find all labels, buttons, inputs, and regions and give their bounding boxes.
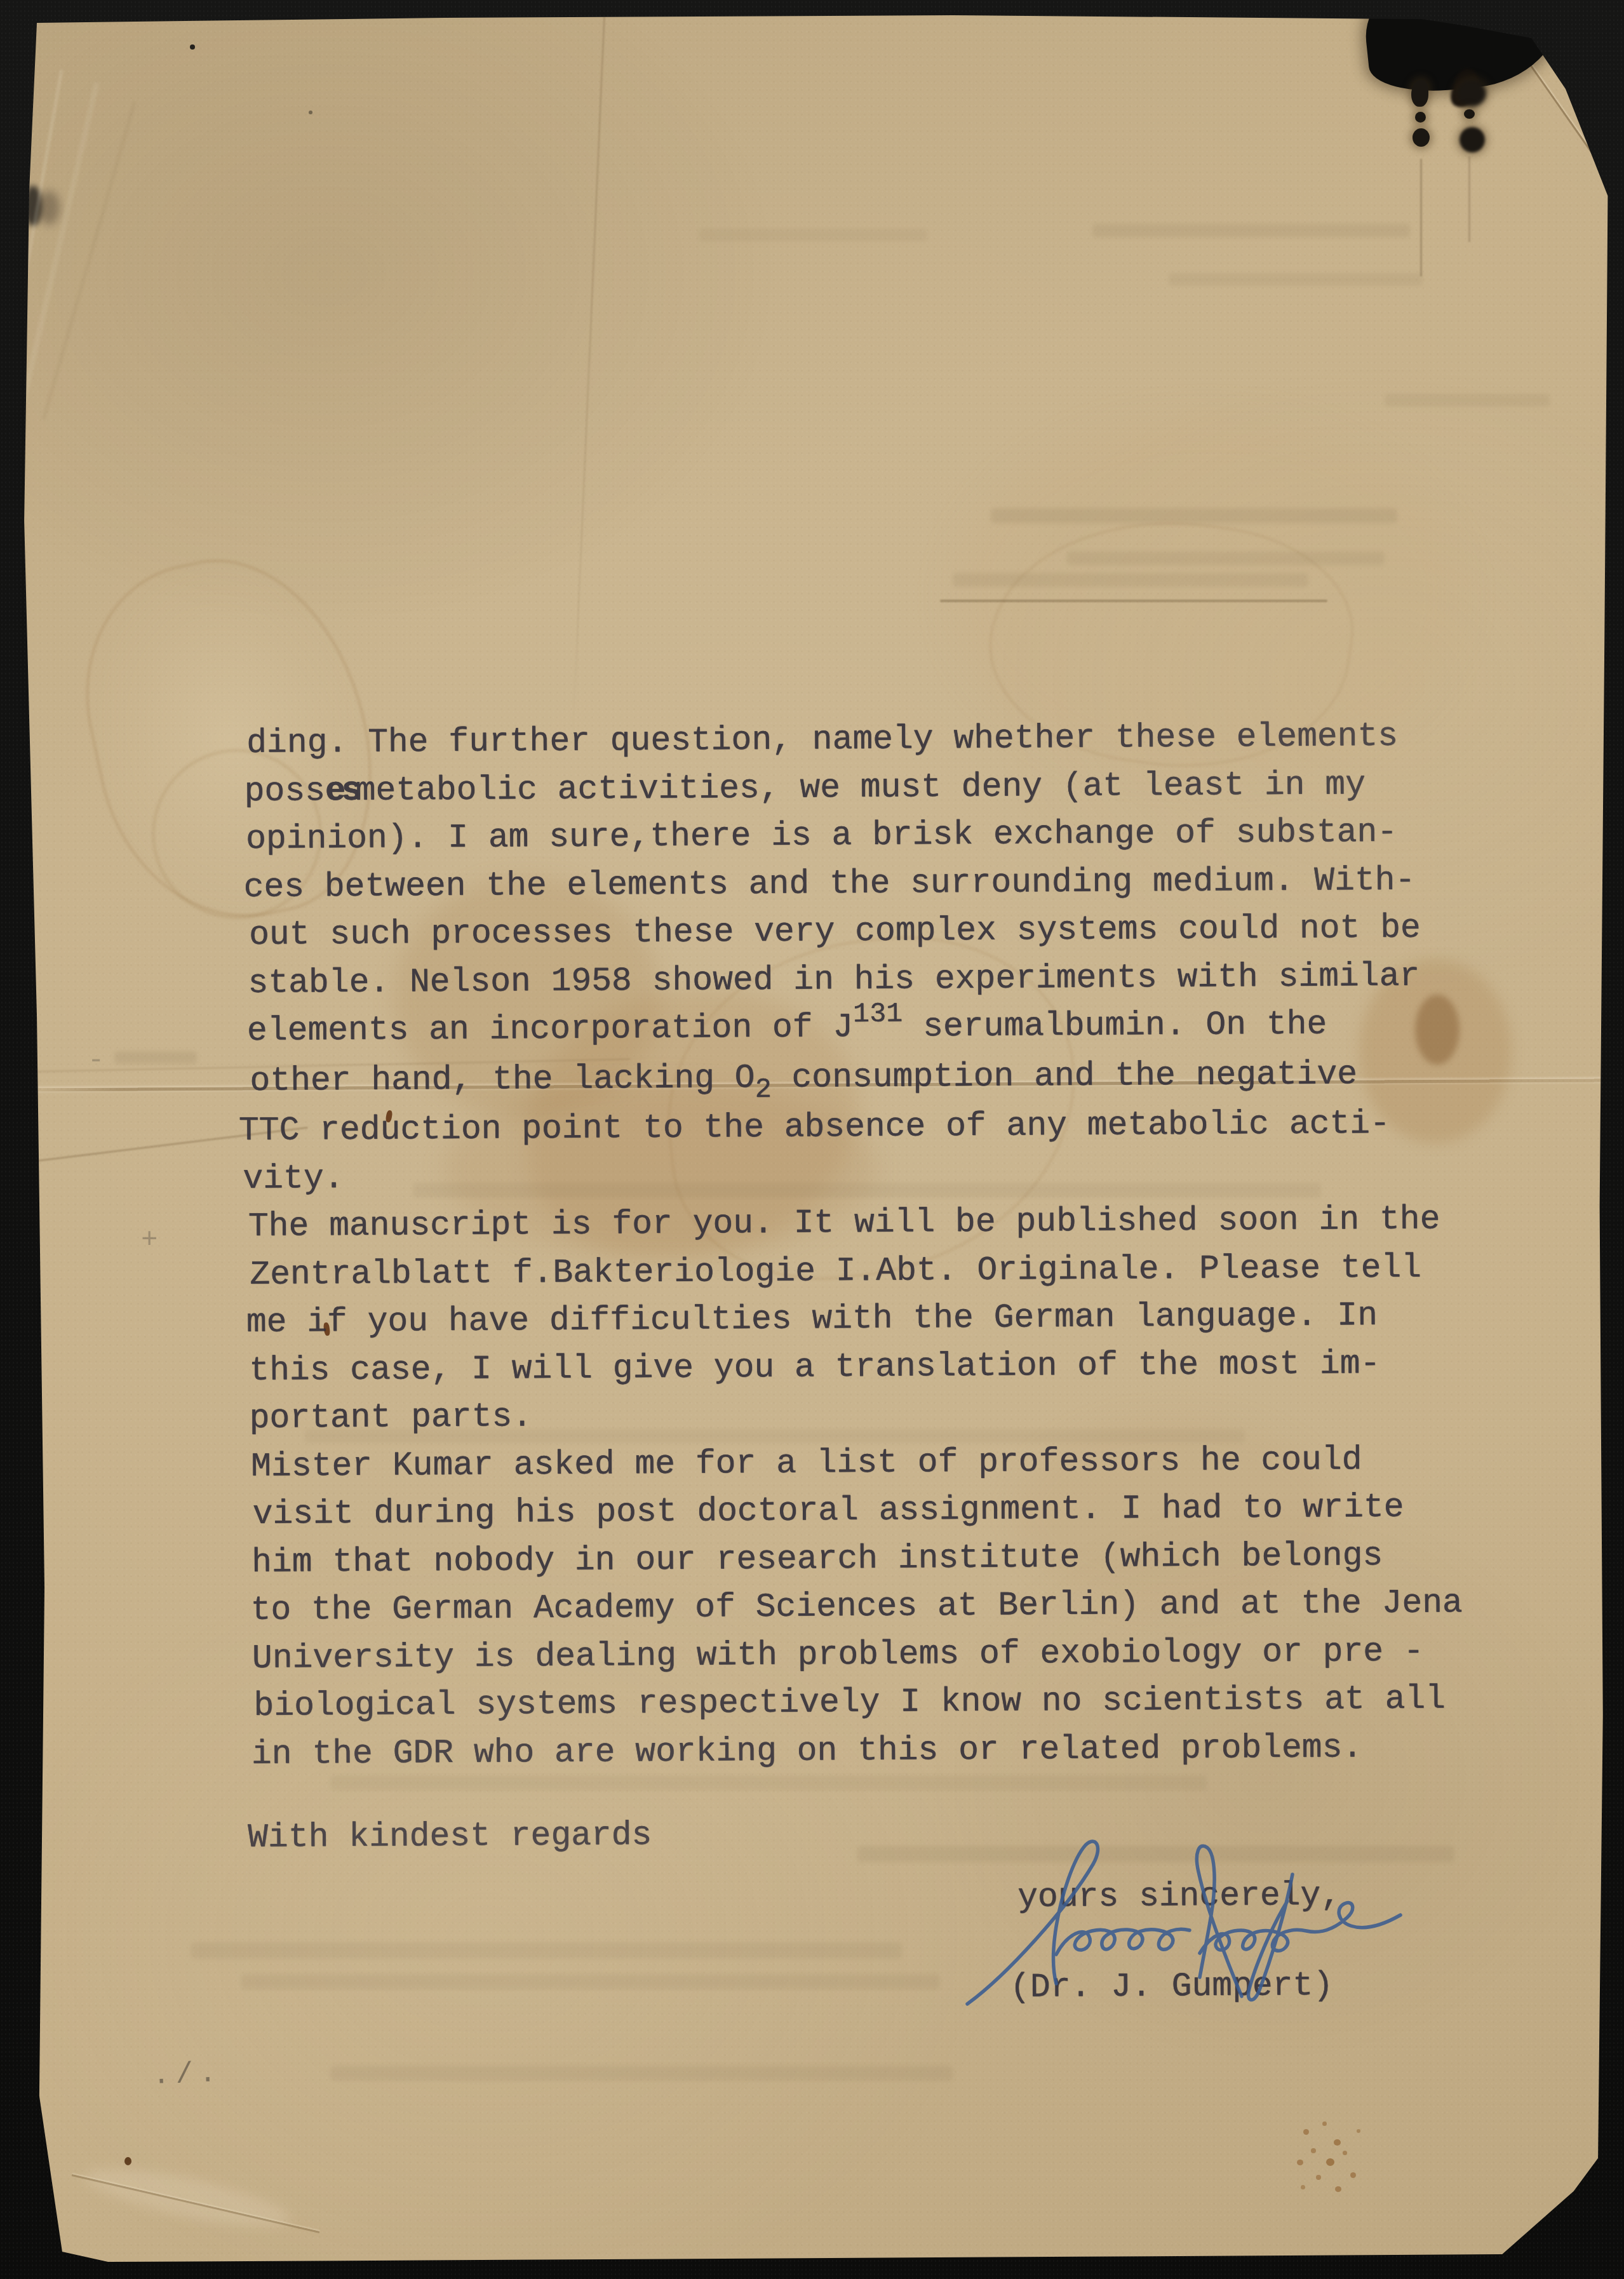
brown-speck	[124, 2157, 131, 2165]
letter-line: in the GDR who are working on this or re…	[252, 1723, 1464, 1778]
margin-plus-mark: +	[141, 1225, 158, 1256]
ink-drip	[1468, 156, 1470, 242]
closing-line: With kindest regards	[248, 1812, 652, 1862]
letter-line: vity.	[243, 1148, 1455, 1203]
margin-dash-mark: -	[88, 1045, 104, 1077]
letter-line: portant parts.	[249, 1387, 1461, 1442]
letter-line: other hand, the lacking O2 consumption a…	[250, 1050, 1462, 1107]
letter-line: possesmetabolic activities, we must deny…	[244, 760, 1456, 816]
letter-line: University is dealing with problems of e…	[252, 1627, 1465, 1683]
corner-sheen	[81, 2157, 293, 2238]
letter-line: visit during his post doctoral assignmen…	[252, 1483, 1465, 1538]
bleedthrough-mark	[241, 1974, 940, 1989]
corner-crease-bottom-left	[72, 2174, 319, 2233]
bleedthrough-mark	[1067, 551, 1385, 565]
letter-line: biological systems respectively I know n…	[253, 1675, 1466, 1730]
ink-speck	[190, 44, 195, 50]
letter-line: TTC reduction point to the absence of an…	[239, 1099, 1451, 1155]
edge-smudge-halo	[38, 191, 60, 225]
ink-drip	[1420, 159, 1422, 276]
bleedthrough-mark	[191, 1942, 902, 1959]
bleedthrough-underline	[940, 600, 1327, 602]
bleedthrough-mark	[1385, 394, 1550, 407]
bleedthrough-mark	[699, 229, 927, 241]
bleedthrough-mark	[1092, 224, 1410, 238]
bleedthrough-mark	[953, 573, 1308, 587]
letter-line: this case, I will give you a translation…	[249, 1340, 1461, 1395]
ink-speck	[309, 111, 312, 114]
letter-line: out such processes these very complex sy…	[249, 904, 1461, 959]
continuation-mark: ./.	[152, 2057, 223, 2092]
bleedthrough-mark	[330, 2066, 953, 2081]
letter-line: ces between the elements and the surroun…	[243, 856, 1456, 911]
letter-line: ding. The further question, namely wheth…	[246, 712, 1459, 767]
letter-line: me if you have difficulties with the Ger…	[246, 1291, 1459, 1347]
edge-streak	[4, 82, 98, 479]
letter-line: opinion). I am sure,there is a brisk exc…	[246, 808, 1458, 863]
corner-crease-top-right	[1516, 45, 1601, 166]
bleedthrough-mark	[330, 1775, 1207, 1791]
bleedthrough-mark	[114, 1051, 197, 1064]
edge-streak	[0, 70, 63, 546]
signature-handwriting	[886, 1832, 1407, 2017]
letter-line: The manuscript is for you. It will be pu…	[248, 1195, 1461, 1251]
letter-line: to the German Academy of Sciences at Ber…	[250, 1579, 1463, 1634]
edge-streak	[43, 101, 136, 419]
photo-background: ding. The further question, namely wheth…	[0, 0, 1624, 2279]
bleedthrough-mark	[1169, 273, 1423, 286]
letter-line: him that nobody in our research institut…	[252, 1531, 1464, 1587]
letter-page: ding. The further question, namely wheth…	[0, 0, 1624, 2279]
letter-body: ding. The further question, namely wheth…	[246, 712, 1465, 1778]
fold-crease-vertical	[572, 17, 605, 746]
corner-crease-bottom-right	[1507, 2190, 1592, 2264]
letter-line: Zentralblatt f.Bakteriologie I.Abt. Orig…	[250, 1244, 1462, 1299]
bleedthrough-mark	[991, 508, 1397, 523]
letter-line: Mister Kumar asked me for a list of prof…	[251, 1435, 1463, 1491]
letter-line: elements an incorporation of J131 seruma…	[247, 1000, 1460, 1057]
edge-smudge	[24, 185, 42, 226]
